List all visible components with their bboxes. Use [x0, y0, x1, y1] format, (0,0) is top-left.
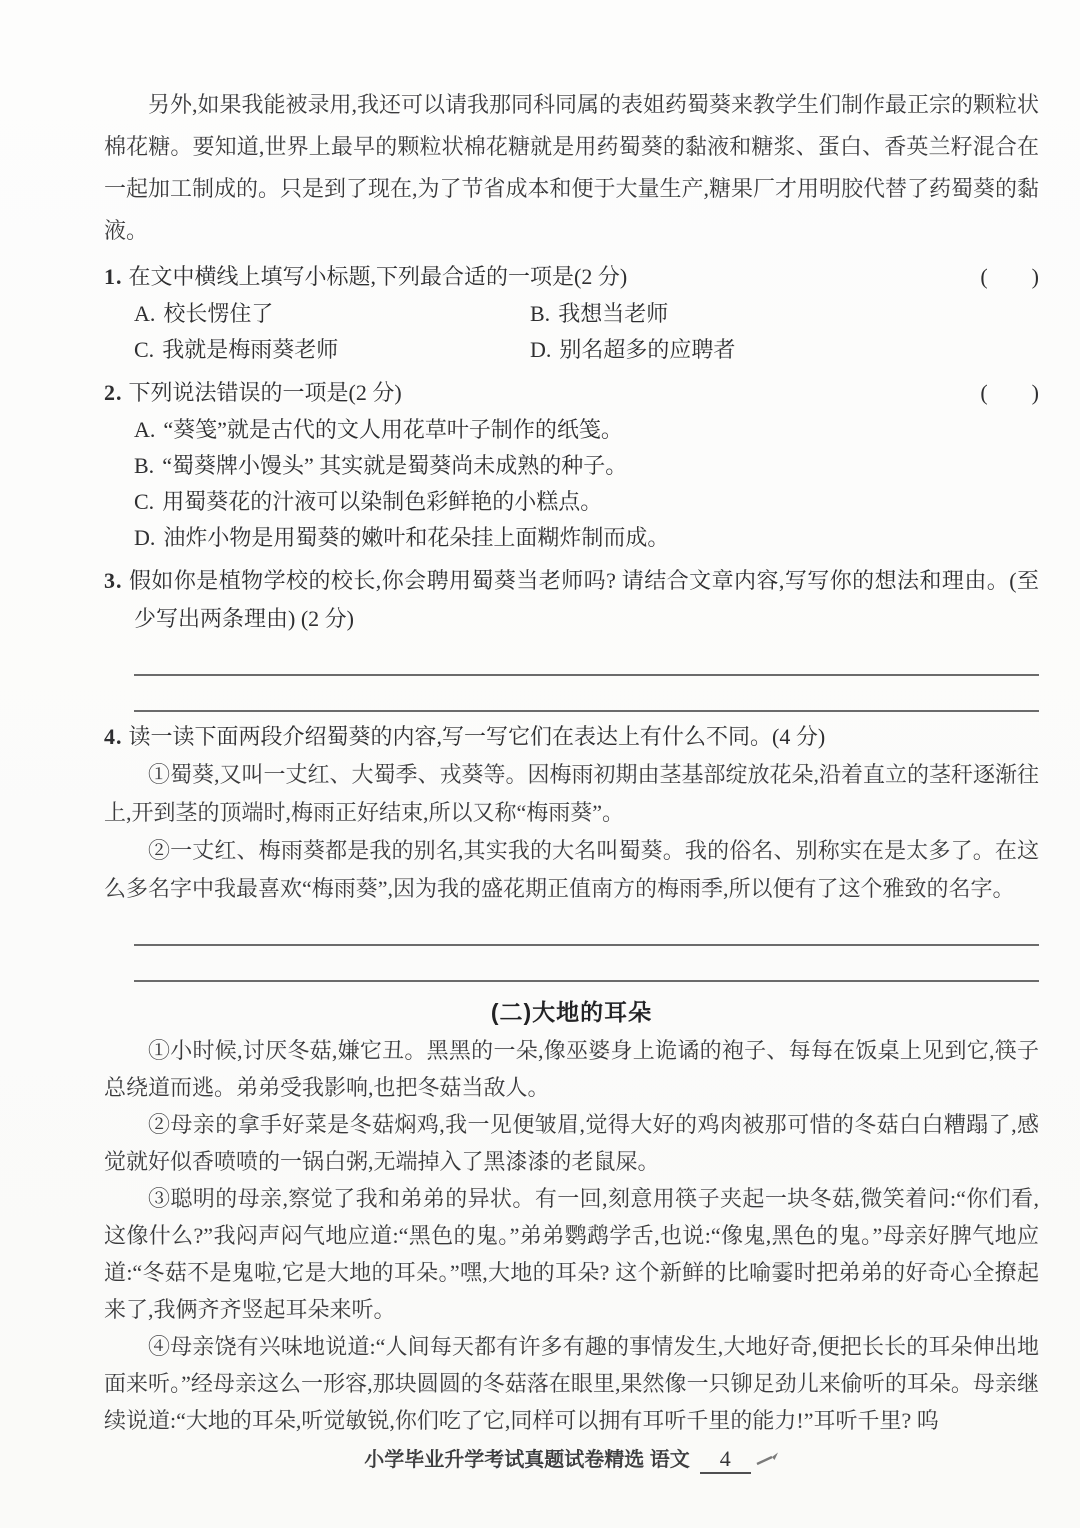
- option-text: 校长愣住了: [163, 301, 273, 326]
- question-number: 2.: [104, 380, 123, 405]
- passage2-paragraph-3: ③聪明的母亲,察觉了我和弟弟的异状。有一回,刻意用筷子夹起一块冬菇,微笑着问:“…: [104, 1180, 1039, 1328]
- answer-line: [134, 910, 1039, 946]
- option-label: C.: [134, 337, 154, 362]
- answer-line: [134, 640, 1039, 676]
- section-2-title: (二)大地的耳朵: [104, 996, 1039, 1028]
- option-c: C.我就是梅雨葵老师: [134, 332, 530, 368]
- passage2-paragraph-1: ①小时候,讨厌冬菇,嫌它丑。黑黑的一朵,像巫婆身上诡谲的袍子、每每在饭桌上见到它…: [104, 1032, 1039, 1106]
- option-label: A.: [134, 417, 155, 442]
- page-footer: 小学毕业升学考试真题试卷精选 语文4: [104, 1445, 1039, 1475]
- page-number: 4: [700, 1446, 751, 1474]
- option-d: D.油炸小物是用蜀葵的嫩叶和花朵挂上面糊炸制而成。: [134, 520, 1039, 556]
- question-2-stem-line: 2.下列说法错误的一项是(2 分): [104, 374, 947, 412]
- answer-line: [134, 676, 1039, 712]
- question-number: 3.: [104, 568, 123, 593]
- question-4-answer-area: [104, 910, 1039, 982]
- question-3: 3.假如你是植物学校的校长,你会聘用蜀葵当老师吗? 请结合文章内容,写写你的想法…: [104, 562, 1039, 712]
- option-text: 我就是梅雨葵老师: [162, 337, 338, 362]
- footer-label: 小学毕业升学考试真题试卷精选 语文: [364, 1449, 690, 1471]
- option-c: C.用蜀葵花的汁液可以染制色彩鲜艳的小糕点。: [134, 484, 1039, 520]
- question-4: 4.读一读下面两段介绍蜀葵的内容,写一写它们在表达上有什么不同。(4 分) ①蜀…: [104, 718, 1039, 982]
- option-text: 我想当老师: [558, 301, 668, 326]
- answer-bracket: ( ): [980, 258, 1039, 296]
- question-number: 4.: [104, 724, 123, 749]
- question-1-stem-line: 1.在文中横线上填写小标题,下列最合适的一项是(2 分): [104, 258, 947, 296]
- option-text: 油炸小物是用蜀葵的嫩叶和花朵挂上面糊炸制而成。: [163, 525, 669, 550]
- question-stem: 读一读下面两段介绍蜀葵的内容,写一写它们在表达上有什么不同。(4 分): [129, 724, 826, 749]
- option-text: “蜀葵牌小馒头” 其实就是蜀葵尚未成熟的种子。: [162, 453, 627, 478]
- option-b: B.“蜀葵牌小馒头” 其实就是蜀葵尚未成熟的种子。: [134, 448, 1039, 484]
- option-b: B.我想当老师: [530, 296, 1039, 332]
- option-text: 用蜀葵花的汁液可以染制色彩鲜艳的小糕点。: [162, 489, 602, 514]
- question-stem: 假如你是植物学校的校长,你会聘用蜀葵当老师吗? 请结合文章内容,写写你的想法和理…: [129, 568, 1040, 631]
- option-text: “葵笺”就是古代的文人用花草叶子制作的纸笺。: [163, 417, 623, 442]
- question-1: 1.在文中横线上填写小标题,下列最合适的一项是(2 分) ( ) A.校长愣住了…: [104, 258, 1039, 368]
- exam-paper-page: 另外,如果我能被录用,我还可以请我那同科同属的表姐药蜀葵来教学生们制作最正宗的颗…: [0, 0, 1080, 1528]
- question-1-head: 1.在文中横线上填写小标题,下列最合适的一项是(2 分) ( ): [104, 258, 1039, 296]
- option-label: C.: [134, 489, 154, 514]
- option-label: D.: [134, 525, 155, 550]
- pencil-icon: [755, 1445, 779, 1475]
- question-4-passage-1: ①蜀葵,又叫一丈红、大蜀季、戎葵等。因梅雨初期由茎基部绽放花朵,沿着直立的茎秆逐…: [104, 756, 1039, 832]
- question-3-answer-area: [104, 640, 1039, 712]
- question-2-options: A.“葵笺”就是古代的文人用花草叶子制作的纸笺。 B.“蜀葵牌小馒头” 其实就是…: [134, 412, 1039, 556]
- option-label: D.: [530, 337, 551, 362]
- option-a: A.“葵笺”就是古代的文人用花草叶子制作的纸笺。: [134, 412, 1039, 448]
- question-number: 1.: [104, 264, 123, 289]
- passage2-paragraph-2: ②母亲的拿手好菜是冬菇焖鸡,我一见便皱眉,觉得大好的鸡肉被那可惜的冬菇白白糟蹋了…: [104, 1106, 1039, 1180]
- answer-bracket: ( ): [980, 374, 1039, 412]
- option-label: B.: [530, 301, 550, 326]
- answer-line: [134, 946, 1039, 982]
- question-stem: 在文中横线上填写小标题,下列最合适的一项是(2 分): [129, 264, 628, 289]
- option-d: D.别名超多的应聘者: [530, 332, 1039, 368]
- option-label: B.: [134, 453, 154, 478]
- option-label: A.: [134, 301, 155, 326]
- passage1-tail-paragraph: 另外,如果我能被录用,我还可以请我那同科同属的表姐药蜀葵来教学生们制作最正宗的颗…: [104, 84, 1039, 252]
- question-2-head: 2.下列说法错误的一项是(2 分) ( ): [104, 374, 1039, 412]
- option-a: A.校长愣住了: [134, 296, 530, 332]
- option-text: 别名超多的应聘者: [559, 337, 735, 362]
- question-3-stem-line: 3.假如你是植物学校的校长,你会聘用蜀葵当老师吗? 请结合文章内容,写写你的想法…: [104, 562, 1039, 638]
- passage2-paragraph-4: ④母亲饶有兴味地说道:“人间每天都有许多有趣的事情发生,大地好奇,便把长长的耳朵…: [104, 1328, 1039, 1439]
- question-stem: 下列说法错误的一项是(2 分): [129, 380, 402, 405]
- question-4-passage-2: ②一丈红、梅雨葵都是我的别名,其实我的大名叫蜀葵。我的俗名、别称实在是太多了。在…: [104, 832, 1039, 908]
- question-2: 2.下列说法错误的一项是(2 分) ( ) A.“葵笺”就是古代的文人用花草叶子…: [104, 374, 1039, 556]
- question-4-stem-line: 4.读一读下面两段介绍蜀葵的内容,写一写它们在表达上有什么不同。(4 分): [104, 718, 1039, 756]
- question-1-options: A.校长愣住了 B.我想当老师 C.我就是梅雨葵老师 D.别名超多的应聘者: [134, 296, 1039, 368]
